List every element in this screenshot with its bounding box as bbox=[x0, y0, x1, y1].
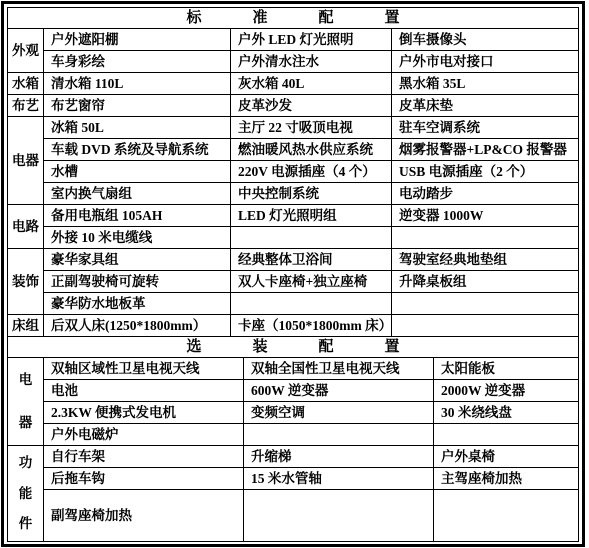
config-cell: 外接 10 米电缆线 bbox=[44, 227, 231, 249]
config-cell: 主驾座椅加热 bbox=[434, 468, 579, 490]
config-cell bbox=[434, 424, 579, 446]
config-cell: 后拖车钩 bbox=[44, 468, 244, 490]
config-cell: 倒车摄像头 bbox=[392, 29, 579, 51]
config-cell: 灰水箱 40L bbox=[231, 73, 392, 95]
table-row: 副驾座椅加热 bbox=[8, 490, 579, 542]
table-row: 水箱 清水箱 110L 灰水箱 40L 黑水箱 35L bbox=[8, 73, 579, 95]
config-cell bbox=[392, 315, 579, 337]
config-cell bbox=[244, 490, 434, 542]
vertical-group-label: 电器 bbox=[8, 359, 43, 445]
table-row: 电池 600W 逆变器 2000W 逆变器 bbox=[8, 380, 579, 402]
config-cell: 后双人床(1250*1800mm） bbox=[44, 315, 231, 337]
config-cell: 皮革床垫 bbox=[392, 95, 579, 117]
table-row: 户外电磁炉 bbox=[8, 424, 579, 446]
config-cell: 自行车架 bbox=[44, 446, 244, 468]
table-row: 室内换气扇组 中央控制系统 电动踏步 bbox=[8, 183, 579, 205]
config-cell: 清水箱 110L bbox=[44, 73, 231, 95]
table-row: 功能件 自行车架 升缩梯 户外桌椅 bbox=[8, 446, 579, 468]
config-cell: 双轴全国性卫星电视天线 bbox=[244, 358, 434, 380]
config-cell: 中央控制系统 bbox=[231, 183, 392, 205]
config-cell bbox=[434, 490, 579, 542]
table-row: 标准配置 bbox=[8, 8, 579, 29]
config-cell: 15 米水管轴 bbox=[244, 468, 434, 490]
config-cell: 户外 LED 灯光照明 bbox=[231, 29, 392, 51]
table-row: 电器 双轴区域性卫星电视天线 双轴全国性卫星电视天线 太阳能板 bbox=[8, 358, 579, 380]
config-cell: 水槽 bbox=[44, 161, 231, 183]
config-cell: 室内换气扇组 bbox=[44, 183, 231, 205]
group-label-bed: 床组 bbox=[8, 315, 44, 337]
config-cell: 冰箱 50L bbox=[44, 117, 231, 139]
config-cell: 600W 逆变器 bbox=[244, 380, 434, 402]
config-cell: 逆变器 1000W bbox=[392, 205, 579, 227]
optional-config-table: 选装配置 电器 双轴区域性卫星电视天线 双轴全国性卫星电视天线 太阳能板 电池 … bbox=[7, 336, 579, 542]
group-label-decor: 装饰 bbox=[8, 249, 44, 315]
table-row: 外接 10 米电缆线 bbox=[8, 227, 579, 249]
config-cell: 2.3KW 便携式发电机 bbox=[44, 402, 244, 424]
config-cell: 升缩梯 bbox=[244, 446, 434, 468]
vertical-group-label: 功能件 bbox=[8, 448, 43, 540]
spec-sheet-frame: 标准配置 外观 户外遮阳棚 户外 LED 灯光照明 倒车摄像头 车身彩绘 户外清… bbox=[1, 1, 585, 547]
config-cell bbox=[392, 293, 579, 315]
config-cell: 户外清水注水 bbox=[231, 51, 392, 73]
standard-config-title: 标准配置 bbox=[8, 11, 578, 26]
config-cell: 车载 DVD 系统及导航系统 bbox=[44, 139, 231, 161]
table-row: 车载 DVD 系统及导航系统 燃油暖风热水供应系统 烟雾报警器+LP&CO 报警… bbox=[8, 139, 579, 161]
table-row: 水槽 220V 电源插座（4 个） USB 电源插座（2 个） bbox=[8, 161, 579, 183]
config-cell: 驾驶室经典地垫组 bbox=[392, 249, 579, 271]
config-cell: 豪华家具组 bbox=[44, 249, 231, 271]
config-cell: 燃油暖风热水供应系统 bbox=[231, 139, 392, 161]
config-cell: 户外遮阳棚 bbox=[44, 29, 231, 51]
config-cell: 220V 电源插座（4 个） bbox=[231, 161, 392, 183]
group-label-fabric: 布艺 bbox=[8, 95, 44, 117]
config-cell: 黑水箱 35L bbox=[392, 73, 579, 95]
config-cell: 30 米绕线盘 bbox=[434, 402, 579, 424]
optional-config-title-cell: 选装配置 bbox=[8, 337, 579, 358]
table-row: 电路 备用电瓶组 105AH LED 灯光照明组 逆变器 1000W bbox=[8, 205, 579, 227]
config-cell: 布艺窗帘 bbox=[44, 95, 231, 117]
config-cell bbox=[231, 227, 392, 249]
config-cell: 电动踏步 bbox=[392, 183, 579, 205]
table-row: 选装配置 bbox=[8, 337, 579, 358]
config-cell: 主厅 22 寸吸顶电视 bbox=[231, 117, 392, 139]
optional-config-title: 选装配置 bbox=[8, 340, 578, 355]
config-cell: 双人卡座椅+独立座椅 bbox=[231, 271, 392, 293]
table-row: 布艺 布艺窗帘 皮革沙发 皮革床垫 bbox=[8, 95, 579, 117]
config-cell bbox=[231, 293, 392, 315]
standard-config-title-cell: 标准配置 bbox=[8, 8, 579, 29]
table-row: 正副驾驶椅可旋转 双人卡座椅+独立座椅 升降桌板组 bbox=[8, 271, 579, 293]
group-label-exterior: 外观 bbox=[8, 29, 44, 73]
config-cell: 户外桌椅 bbox=[434, 446, 579, 468]
config-cell: 正副驾驶椅可旋转 bbox=[44, 271, 231, 293]
config-cell: 电池 bbox=[44, 380, 244, 402]
config-cell: 驻车空调系统 bbox=[392, 117, 579, 139]
config-cell: 经典整体卫浴间 bbox=[231, 249, 392, 271]
standard-config-table: 标准配置 外观 户外遮阳棚 户外 LED 灯光照明 倒车摄像头 车身彩绘 户外清… bbox=[7, 7, 579, 337]
group-label-functional-parts: 功能件 bbox=[8, 446, 44, 542]
config-cell bbox=[244, 424, 434, 446]
config-cell bbox=[392, 227, 579, 249]
group-label-appliances: 电器 bbox=[8, 117, 44, 205]
config-cell: 变频空调 bbox=[244, 402, 434, 424]
table-row: 装饰 豪华家具组 经典整体卫浴间 驾驶室经典地垫组 bbox=[8, 249, 579, 271]
config-cell: 车身彩绘 bbox=[44, 51, 231, 73]
config-cell: 升降桌板组 bbox=[392, 271, 579, 293]
table-row: 外观 户外遮阳棚 户外 LED 灯光照明 倒车摄像头 bbox=[8, 29, 579, 51]
config-cell: 卡座（1050*1800mm 床） bbox=[231, 315, 392, 337]
table-row: 豪华防水地板革 bbox=[8, 293, 579, 315]
config-cell: 副驾座椅加热 bbox=[44, 490, 244, 542]
group-label-water-tanks: 水箱 bbox=[8, 73, 44, 95]
config-cell: 双轴区域性卫星电视天线 bbox=[44, 358, 244, 380]
config-cell: 备用电瓶组 105AH bbox=[44, 205, 231, 227]
table-row: 车身彩绘 户外清水注水 户外市电对接口 bbox=[8, 51, 579, 73]
group-label-optional-appliances: 电器 bbox=[8, 358, 44, 446]
table-row: 电器 冰箱 50L 主厅 22 寸吸顶电视 驻车空调系统 bbox=[8, 117, 579, 139]
config-cell: 户外市电对接口 bbox=[392, 51, 579, 73]
group-label-circuit: 电路 bbox=[8, 205, 44, 249]
config-cell: 烟雾报警器+LP&CO 报警器 bbox=[392, 139, 579, 161]
config-cell: 太阳能板 bbox=[434, 358, 579, 380]
table-row: 床组 后双人床(1250*1800mm） 卡座（1050*1800mm 床） bbox=[8, 315, 579, 337]
table-row: 2.3KW 便携式发电机 变频空调 30 米绕线盘 bbox=[8, 402, 579, 424]
config-cell: 2000W 逆变器 bbox=[434, 380, 579, 402]
config-cell: USB 电源插座（2 个） bbox=[392, 161, 579, 183]
config-cell: 户外电磁炉 bbox=[44, 424, 244, 446]
config-cell: 皮革沙发 bbox=[231, 95, 392, 117]
config-cell: 豪华防水地板革 bbox=[44, 293, 231, 315]
table-row: 后拖车钩 15 米水管轴 主驾座椅加热 bbox=[8, 468, 579, 490]
config-cell: LED 灯光照明组 bbox=[231, 205, 392, 227]
